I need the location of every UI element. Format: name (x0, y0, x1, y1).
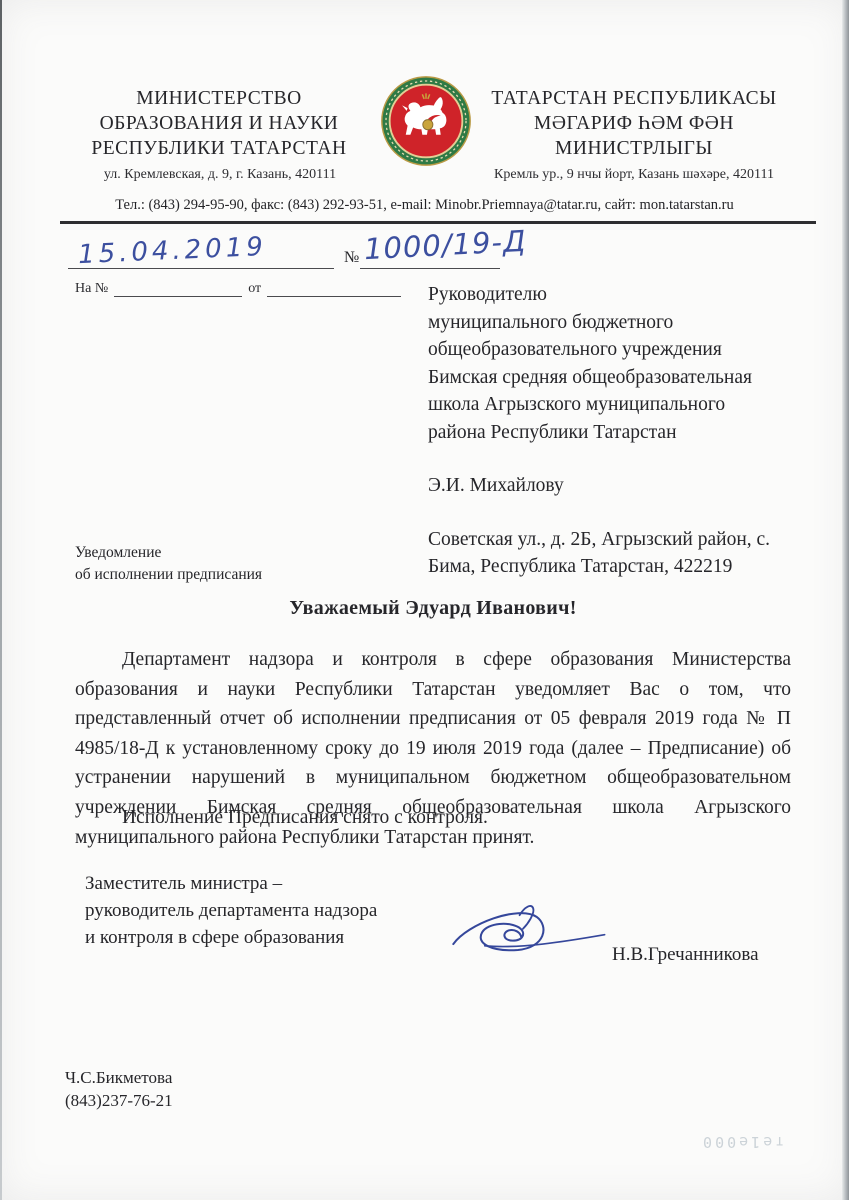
reply-prefix-label: На № (75, 281, 108, 297)
text-line: Заместитель министра – (85, 870, 377, 897)
ministry-contact-line: Тел.: (843) 294-95-90, факс: (843) 292-9… (0, 197, 849, 214)
body-paragraph-2: Исполнение Предписания снято с контроля. (75, 803, 791, 833)
text-line: и контроля в сфере образования (85, 924, 377, 951)
text-line: РЕСПУБЛИКИ ТАТАРСТАН (88, 136, 350, 161)
recipient-postal-address: Советская ул., д. 2Б, Агрызский район, с… (428, 526, 800, 581)
recipient-block: Руководителюмуниципального бюджетногообщ… (428, 281, 800, 581)
ministry-name-tatar: ТАТАРСТАН РЕСПУБЛИКАСЫМӘГАРИФ ҺӘМ ФӘНМИН… (478, 86, 790, 161)
text-line: ОБРАЗОВАНИЯ И НАУКИ (88, 111, 350, 136)
spacer (428, 500, 800, 526)
text-line: МӘГАРИФ ҺӘМ ФӘН (478, 111, 790, 136)
number-sign-label: № (344, 249, 359, 267)
salutation-line: Уважаемый Эдуард Иванович! (75, 597, 791, 620)
text-line: школа Агрызского муниципального (428, 391, 800, 419)
text-line: Руководителю (428, 281, 800, 309)
executor-block: Ч.С.Бикметова (843)237-76-21 (65, 1066, 173, 1112)
number-underline (360, 240, 500, 269)
text-line: Бимская средняя общеобразовательная (428, 364, 800, 392)
reply-date-blank (267, 282, 401, 297)
text-line: района Республики Татарстан (428, 419, 800, 447)
signature-stroke-icon (438, 893, 608, 973)
text-line: Уведомление (75, 542, 262, 564)
text-line: МИНИСТЕРСТВО (88, 86, 350, 111)
header-divider-rule (60, 221, 816, 224)
reply-number-blank (114, 282, 242, 297)
spacer (428, 446, 800, 472)
reply-from-label: от (248, 281, 261, 297)
text-line: руководитель департамента надзора (85, 897, 377, 924)
scanned-letter-page: МИНИСТЕРСТВООБРАЗОВАНИЯ И НАУКИРЕСПУБЛИК… (0, 0, 849, 1200)
tatarstan-coat-of-arms-icon (380, 75, 472, 167)
text-line: МИНИСТРЛЫГЫ (478, 136, 790, 161)
recipient-title-lines: Руководителюмуниципального бюджетногообщ… (428, 281, 800, 446)
signer-position: Заместитель министра –руководитель депар… (85, 870, 377, 951)
signer-name: Н.В.Гречанникова (612, 944, 759, 966)
ministry-address-tatar: Кремль ур., 9 нчы йорт, Казань шәхәре, 4… (478, 167, 790, 183)
letter-subject: Уведомлениеоб исполнении предписания (75, 542, 262, 586)
text-line: об исполнении предписания (75, 564, 262, 586)
text-line: общеобразовательного учреждения (428, 336, 800, 364)
executor-name: Ч.С.Бикметова (65, 1066, 173, 1089)
text-line: муниципального бюджетного (428, 309, 800, 337)
reply-reference-row: На № от (75, 281, 401, 297)
text-line: ТАТАРСТАН РЕСПУБЛИКАСЫ (478, 86, 790, 111)
tatarstan-emblem (380, 75, 472, 167)
bleed-through-artifact: те1е000 (700, 1133, 784, 1151)
date-underline (68, 240, 334, 269)
handwritten-signature (438, 893, 608, 978)
recipient-name: Э.И. Михайлову (428, 472, 800, 500)
executor-phone: (843)237-76-21 (65, 1089, 173, 1112)
ministry-name-russian: МИНИСТЕРСТВООБРАЗОВАНИЯ И НАУКИРЕСПУБЛИК… (88, 86, 350, 161)
scan-edge-left (0, 0, 2, 1200)
scan-edge-right (842, 0, 849, 1200)
ministry-address-russian: ул. Кремлевская, д. 9, г. Казань, 420111 (70, 167, 370, 183)
